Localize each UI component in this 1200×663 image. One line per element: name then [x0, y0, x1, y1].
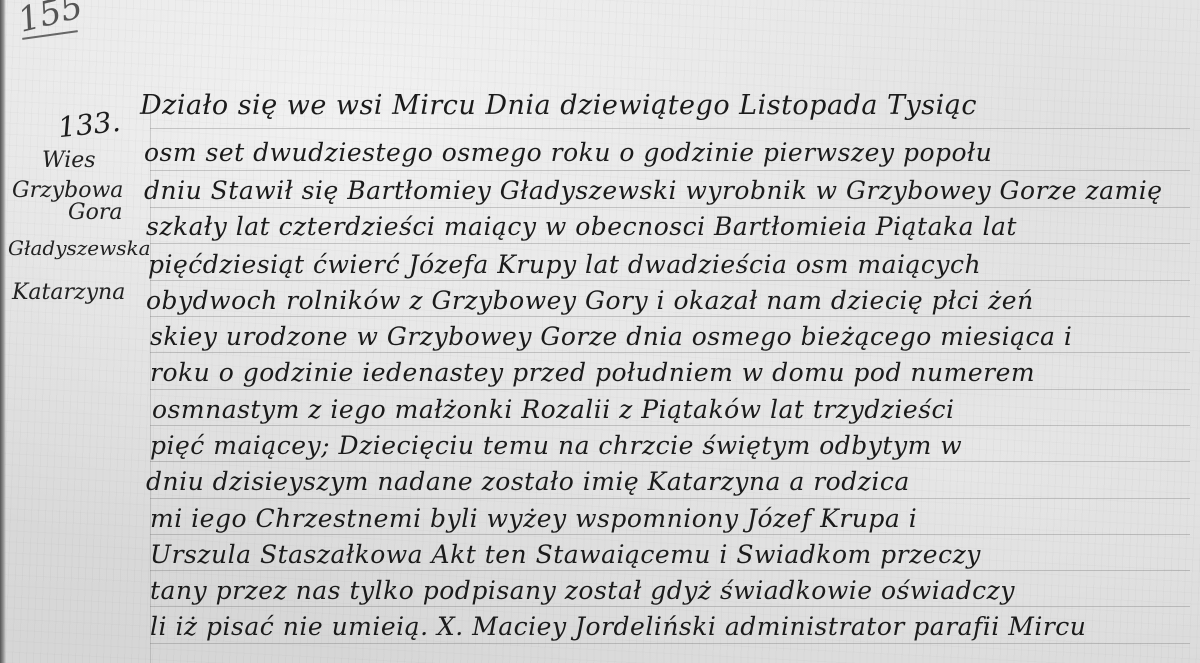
record-line: tany przez nas tylko podpisany został gd… — [150, 576, 1015, 605]
record-line: Urszula Staszałkowa Akt ten Stawaiącemu … — [150, 540, 981, 569]
ruled-line — [150, 170, 1190, 171]
record-line: li iż pisać nie umieią. X. Maciey Jordel… — [150, 612, 1086, 641]
record-line: Działo się we wsi Mircu Dnia dziewiątego… — [140, 90, 977, 121]
ruled-line — [150, 461, 1190, 462]
record-line: mi iego Chrzestnemi byli wyżey wspomnion… — [150, 504, 917, 533]
record-line: dniu dzisieyszym nadane zostało imię Kat… — [146, 467, 910, 496]
ruled-line — [150, 352, 1190, 353]
record-line: obydwoch rolników z Grzybowey Gory i oka… — [146, 286, 1034, 315]
ruled-line — [150, 280, 1190, 281]
record-line: szkały lat czterdzieści maiący w obecnos… — [146, 212, 1017, 241]
ruled-line — [150, 534, 1190, 535]
margin-note-line: Grzybowa — [12, 180, 154, 202]
margin-note-line: Gładyszewska — [8, 238, 154, 282]
record-line: pięć maiącey; Dziecięciu temu na chrzcie… — [150, 431, 962, 460]
record-line: osmnastym z iego małżonki Rozalii z Piąt… — [152, 395, 955, 424]
ruled-line — [150, 316, 1190, 317]
ruled-line — [150, 207, 1190, 208]
margin-note-line: Katarzyna — [12, 282, 154, 312]
record-line: skiey urodzone w Grzybowey Gorze dnia os… — [150, 322, 1072, 351]
record-line: pięćdziesiąt ćwierć Józefa Krupy lat dwa… — [148, 250, 981, 279]
entry-number: 133. — [56, 105, 121, 144]
margin-note: Wies Grzybowa Gora Gładyszewska Katarzyn… — [4, 150, 154, 312]
ruled-line — [150, 389, 1190, 390]
margin-note-line: Gora — [68, 202, 154, 238]
ruled-line — [150, 425, 1190, 426]
record-line: roku o godzinie iedenastey przed południ… — [150, 358, 1035, 387]
ruled-line — [150, 570, 1190, 571]
ruled-line — [150, 643, 1190, 644]
ruled-line — [150, 606, 1190, 607]
binding-edge — [0, 0, 6, 663]
margin-note-line: Wies — [42, 150, 154, 180]
ruled-line — [150, 128, 1190, 129]
ruled-line — [150, 243, 1190, 244]
document-page: 155 133. Wies Grzybowa Gora Gładyszewska… — [0, 0, 1200, 663]
ruled-line — [150, 498, 1190, 499]
record-line: osm set dwudziestego osmego roku o godzi… — [144, 138, 992, 167]
record-line: dniu Stawił się Bartłomiey Gładyszewski … — [144, 176, 1163, 205]
